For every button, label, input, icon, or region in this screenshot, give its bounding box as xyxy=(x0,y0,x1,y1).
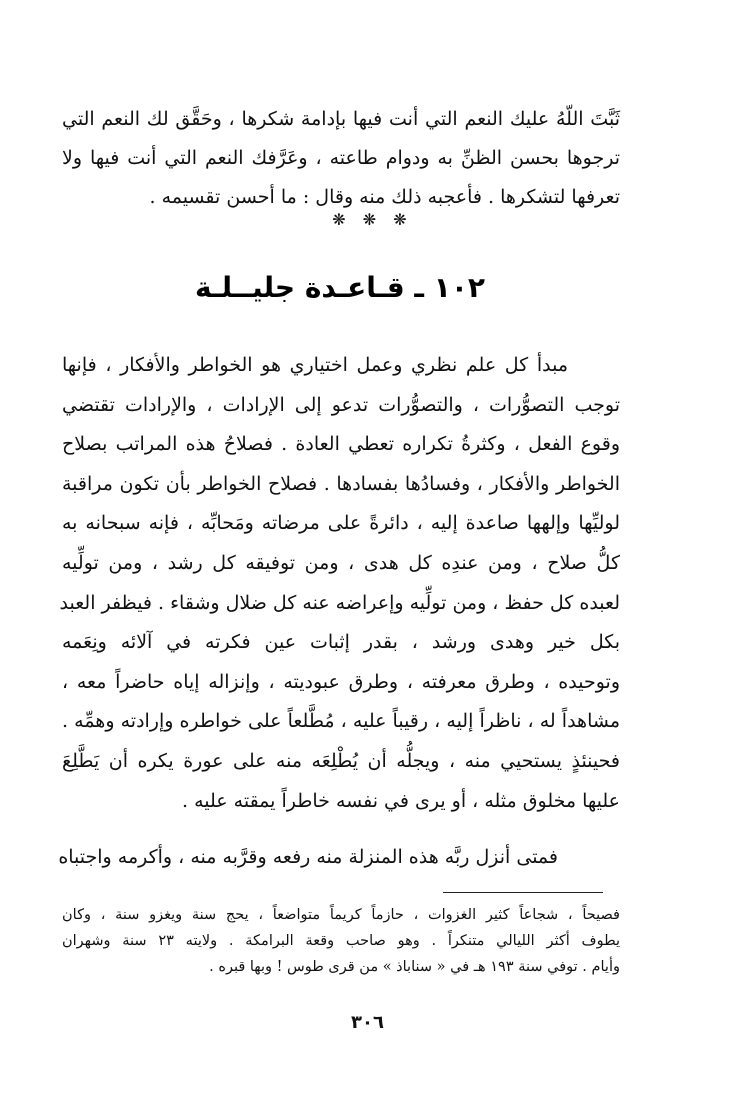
body-paragraph: مبدأ كل علم نظري وعمل اختياري هو الخواطر… xyxy=(62,346,620,821)
footnotes: فصيحاً ، شجاعاً كثير الغزوات ، حازماً كر… xyxy=(62,902,620,980)
section-heading: ١٠٢ ـ قـاعـدة جليــلـة xyxy=(0,268,680,308)
book-page: ثَبَّتَ اللّهُ عليك النعم التي أنت فيها … xyxy=(0,0,745,1097)
text-line: فمتى أنزل ربَّه هذه المنزلة منه رفعه وقر… xyxy=(62,838,620,876)
text-line: ترجوها بحسن الظنِّ به ودوام طاعته ، وعَر… xyxy=(62,139,620,178)
text-line: وقوع الفعل ، وكثرةُ تكراره تعطي العادة .… xyxy=(62,425,620,465)
footnote-line: وأيام . توفي سنة ١٩٣ هـ في « سناباذ » من… xyxy=(62,954,620,980)
text-line: الخواطر والأفكار ، وفسادُها بفسادها . فص… xyxy=(62,465,620,505)
footnote-line: فصيحاً ، شجاعاً كثير الغزوات ، حازماً كر… xyxy=(62,902,620,928)
text-line: مبدأ كل علم نظري وعمل اختياري هو الخواطر… xyxy=(62,346,620,386)
text-line: لعبده كل حفظ ، ومن تولِّيه وإعراضه عنه ك… xyxy=(62,584,620,624)
text-line: بكل خير وهدى ورشد ، بقدر إثبات عين فكرته… xyxy=(62,623,620,663)
text-line: وتوحيده ، وطرق معرفته ، وطرق عبوديته ، و… xyxy=(62,663,620,703)
page-number: ٣٠٦ xyxy=(0,1012,745,1033)
text-line: توجب التصوُّرات ، والتصوُّرات تدعو إلى ا… xyxy=(62,386,620,426)
continuing-paragraph: فمتى أنزل ربَّه هذه المنزلة منه رفعه وقر… xyxy=(62,838,620,876)
text-line: عليها مخلوق مثله ، أو يرى في نفسه خاطراً… xyxy=(62,782,620,822)
footnote-line: يطوف أكثر الليالي متنكراً . وهو صاحب وقع… xyxy=(62,928,620,954)
intro-paragraph: ثَبَّتَ اللّهُ عليك النعم التي أنت فيها … xyxy=(62,100,620,217)
footnote-divider xyxy=(443,892,603,893)
text-line: فحينئذٍ يستحيي منه ، ويجلُّه أن يُطْلِعَ… xyxy=(62,742,620,782)
text-line: لوليِّها وإلهها صاعدة إليه ، دائرةً على … xyxy=(62,504,620,544)
section-separator-stars: ❋ ❋ ❋ xyxy=(0,210,745,229)
text-line: كلُّ صلاح ، ومن عندِه كل هدى ، ومن توفيق… xyxy=(62,544,620,584)
text-line: مشاهداً له ، ناظراً إليه ، رقيباً عليه ،… xyxy=(62,702,620,742)
text-line: ثَبَّتَ اللّهُ عليك النعم التي أنت فيها … xyxy=(62,100,620,139)
